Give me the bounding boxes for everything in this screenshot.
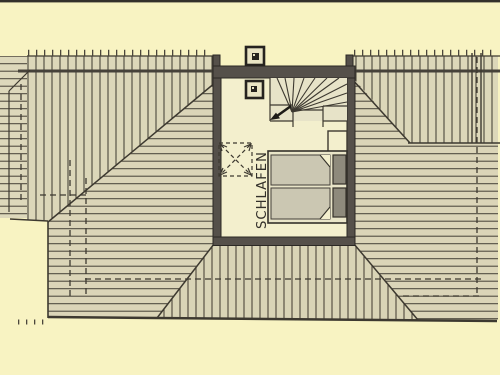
- room-label: SCHLAFEN: [255, 151, 270, 229]
- far-left-roof: [0, 56, 27, 218]
- floor-plan-drawing: SCHLAFEN: [0, 0, 500, 375]
- wall-stub-right: [346, 55, 353, 66]
- pillow-lower: [333, 188, 346, 217]
- wall-left: [213, 78, 221, 237]
- wall-bottom: [213, 237, 355, 246]
- mattress-upper: [271, 155, 330, 185]
- wall-right: [347, 78, 355, 237]
- pillow-upper: [333, 155, 346, 184]
- double-bed: [268, 151, 347, 223]
- wall-stub-left: [213, 55, 220, 66]
- top-border-line: [0, 0, 500, 2]
- mattress-lower: [271, 188, 330, 219]
- floor-plan-canvas: SCHLAFEN: [0, 0, 500, 375]
- chimney-lower: [246, 81, 263, 98]
- chimney-upper: [246, 47, 264, 65]
- wall-top: [213, 66, 355, 78]
- attic-room: SCHLAFEN: [213, 47, 355, 246]
